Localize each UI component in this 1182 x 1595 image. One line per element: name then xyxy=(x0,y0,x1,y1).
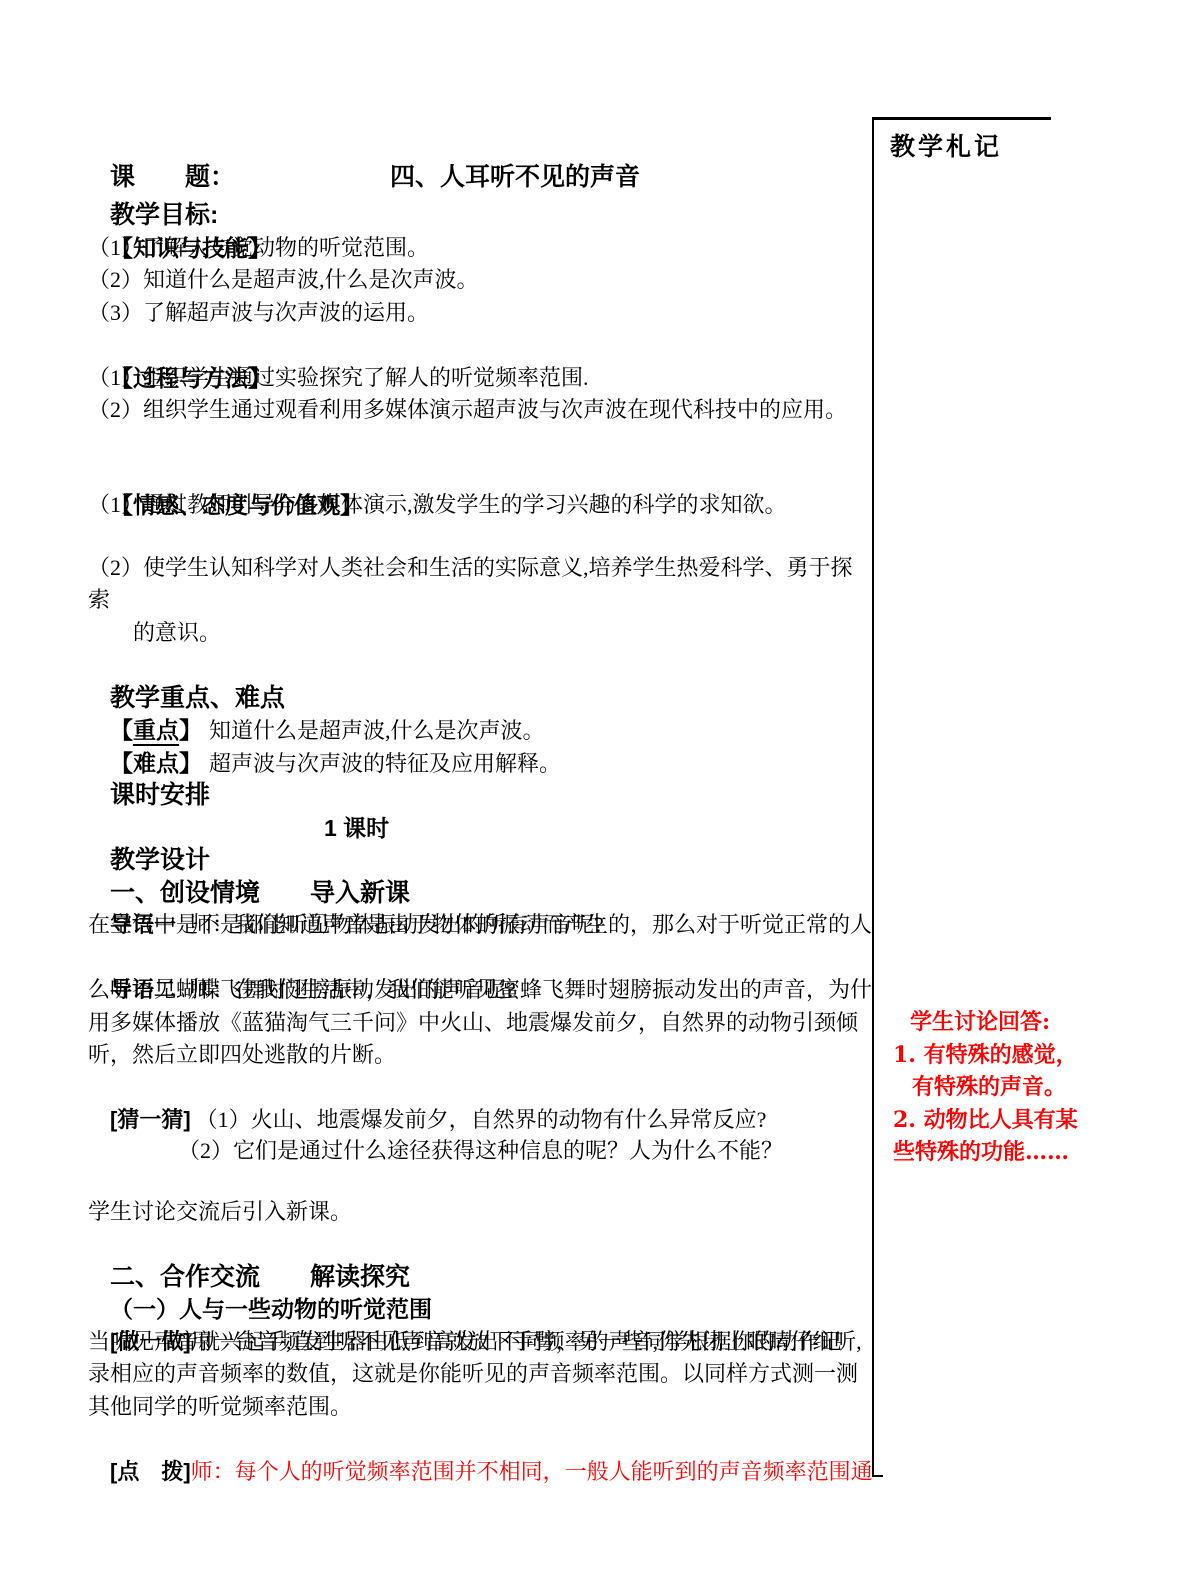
lesson-title: 四、人耳听不见的声音 xyxy=(390,163,640,191)
spacer xyxy=(88,522,874,552)
tip-line: [点 拨]师：每个人的听觉频率范围并不相同，一般人能听到的声音频率范围通 xyxy=(88,1423,874,1456)
knowledge-item-3: （3）了解超声波与次声波的运用。 xyxy=(88,297,874,330)
emotion-item-2-line-3: 的意识。 xyxy=(88,617,874,650)
note-line-2: 有特殊的声音。 xyxy=(893,1071,1175,1104)
focus-bracket-close: 】 xyxy=(179,717,202,743)
emotion-values-heading: 【情感、态度与价值观】 xyxy=(88,457,874,490)
note-line-4: 些特殊的功能…… xyxy=(893,1136,1175,1169)
lesson-plan-content: 课 题：四、人耳听不见的声音 教学目标: 【知识与技能】 （1）了解人与觉动物的… xyxy=(88,128,874,1456)
activity-line-4: 其他同学的听觉频率范围。 xyxy=(88,1391,874,1424)
sidebar-divider-foot xyxy=(872,1475,883,1477)
section-two-heading: 二、合作交流 解读探究 xyxy=(88,1228,874,1261)
guess-question-1: （1）火山、地震爆发前夕，自然界的动物有什么异常反应? xyxy=(196,1107,767,1132)
spacer xyxy=(88,1168,874,1196)
guess-line: [猜一猜]（1）火山、地震爆发前夕，自然界的动物有什么异常反应? xyxy=(88,1072,874,1105)
student-answer-note: 学生讨论回答: 1. 有特殊的感觉， 有特殊的声音。 2. 动物比人具有某 些特… xyxy=(893,1006,1175,1169)
sidebar-top-border xyxy=(872,117,1051,120)
guess-label: [猜一猜] xyxy=(110,1107,191,1132)
difficulty-label: 【难点】 xyxy=(110,750,202,776)
transition-line: 学生讨论交流后引入新课。 xyxy=(88,1196,874,1229)
note-line-1: 1. 有特殊的感觉， xyxy=(893,1039,1175,1072)
sidebar-divider xyxy=(872,117,874,1477)
focus-difficulty-heading: 教学重点、难点 xyxy=(88,649,874,682)
design-heading: 教学设计 xyxy=(88,812,874,845)
focus-label: 重点 xyxy=(133,717,179,746)
emotion-item-2-line-1: （2）使学生认知科学对人类社会和生活的实际意义,培养学生热爱科学、勇于探 xyxy=(88,552,874,585)
process-item-2: （2）组织学生通过观看利用多媒体演示超声波与次声波在现代科技中的应用。 xyxy=(88,394,874,427)
guess-question-2: （2）它们是通过什么途径获得这种信息的呢？人为什么不能？ xyxy=(88,1135,874,1168)
tip-label: [点 拨] xyxy=(110,1459,191,1484)
activity-line-2: 当听见声音就兴起手,直到听不见声音就放下手臂，另一些同学根据你的动作记 xyxy=(88,1326,874,1359)
intro-two-line-1: 导语二师：在我们生活中，我们能听见蜜蜂飞舞时翅膀振动发出的声音，为什 xyxy=(88,942,874,975)
process-method-heading: 【过程与方法】 xyxy=(88,329,874,362)
emotion-item-2-line-2: 索 xyxy=(88,584,874,617)
focus-text: 知道什么是超声波,什么是次声波。 xyxy=(209,718,545,743)
spacer xyxy=(88,427,874,457)
emotion-item-1: （1）通过教师引导与多媒体演示,激发学生的学习兴趣的科学的求知欲。 xyxy=(88,489,874,522)
note-heading: 学生讨论回答: xyxy=(893,1006,1175,1039)
tip-text: 师：每个人的听觉频率范围并不相同，一般人能听到的声音频率范围通 xyxy=(191,1459,873,1484)
note-line-3: 2. 动物比人具有某 xyxy=(893,1104,1175,1137)
difficulty-text: 超声波与次声波的特征及应用解释。 xyxy=(209,751,561,776)
course-title-row: 课 题：四、人耳听不见的声音 xyxy=(88,128,874,161)
course-label: 课 题： xyxy=(110,163,235,191)
sidebar-title: 教学札记 xyxy=(890,127,1002,163)
knowledge-item-1: （1）了解人与觉动物的听觉范围。 xyxy=(88,232,874,265)
media-line-1: 用多媒体播放《蓝猫淘气三千问》中火山、地震爆发前夕，自然界的动物引颈倾 xyxy=(88,1007,874,1040)
knowledge-item-2: （2）知道什么是超声波,什么是次声波。 xyxy=(88,264,874,297)
focus-bracket-open: 【 xyxy=(110,717,133,743)
process-item-1: （1）组织学生通过实验探究了解人的听觉频率范围. xyxy=(88,362,874,395)
activity-line-3: 录相应的声音频率的数值，这就是你能听见的声音频率范围。以同样方式测一测 xyxy=(88,1358,874,1391)
media-line-2: 听，然后立即四处逃散的片断。 xyxy=(88,1039,874,1072)
